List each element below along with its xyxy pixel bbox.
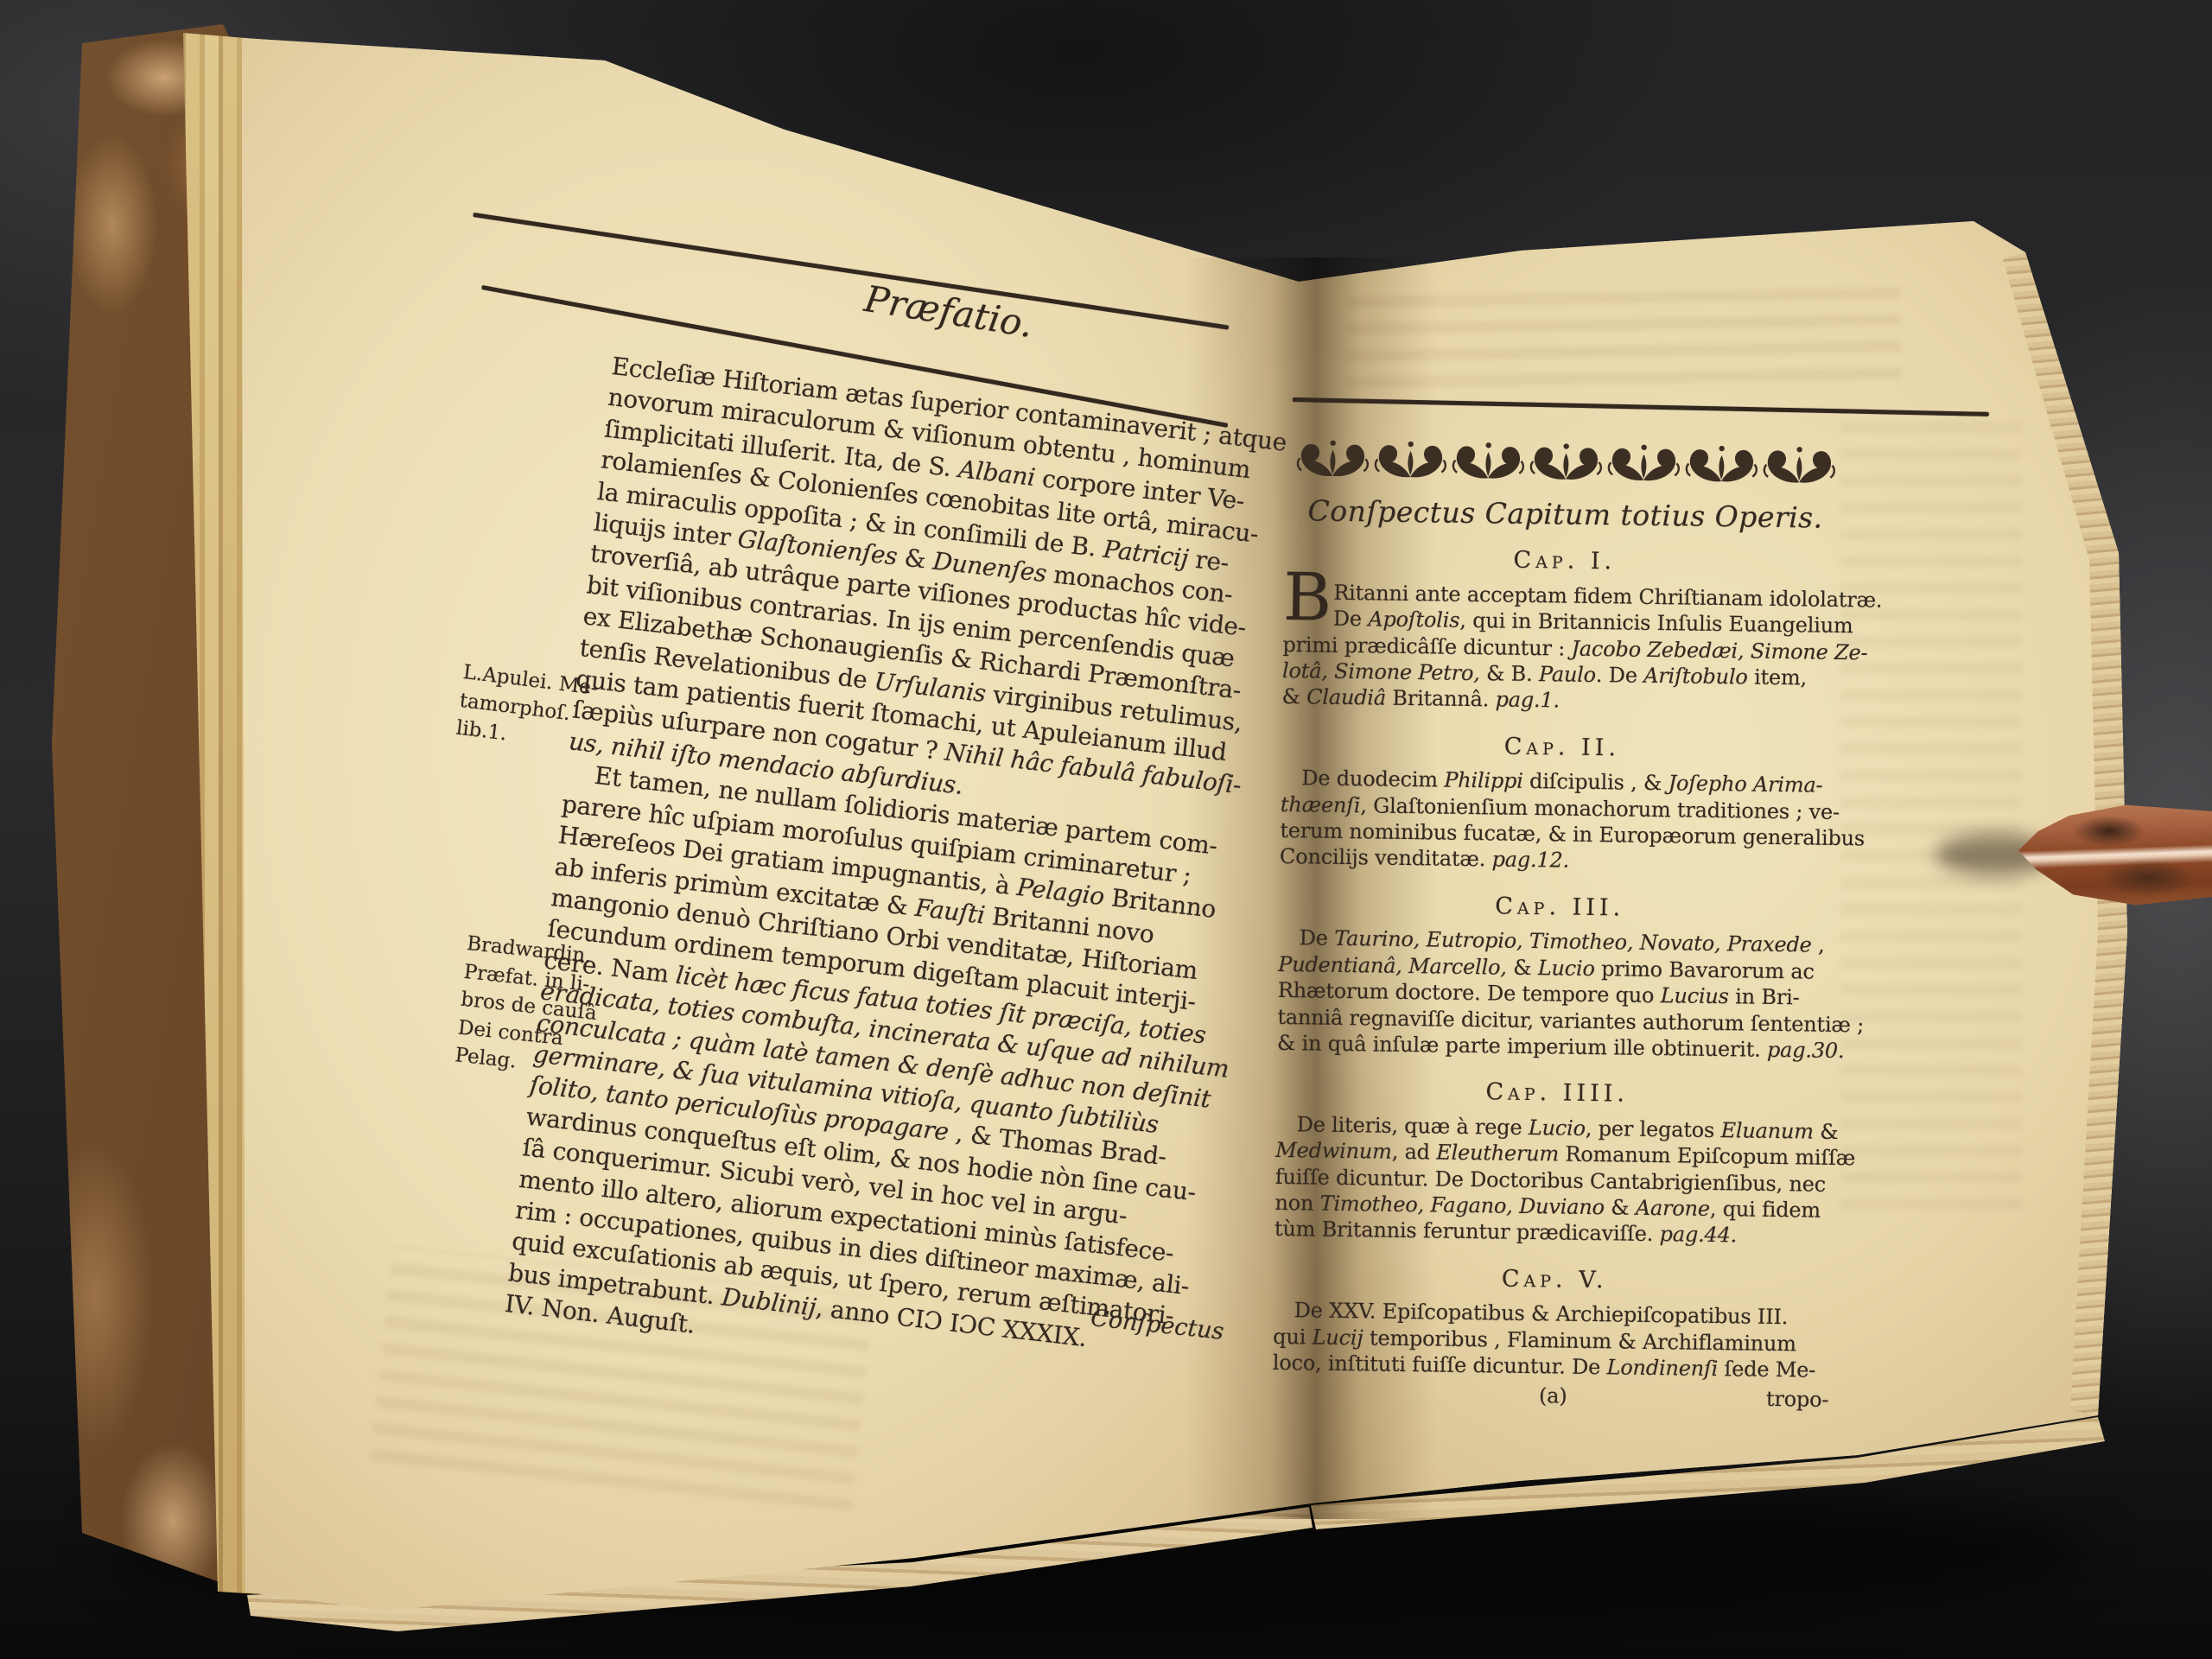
catchword: tropo- [1766, 1386, 1829, 1413]
conspectus-heading: Conſpectus Capitum totius Operis. [1284, 498, 1846, 531]
chapter-1-label: Cap. I. [1284, 544, 1846, 578]
preface-text-block: Eccleſiæ Hiſtoriam ætas ſuperior contami… [503, 351, 1262, 1394]
chapter-4-label: Cap. IIII. [1276, 1077, 1838, 1110]
drop-cap: B [1283, 569, 1332, 626]
fleuron-ornament-band [1294, 430, 1838, 488]
chapter-3: Cap. III. De Taurino, Eutropio, Timotheo… [1277, 891, 1841, 1064]
chapter-2: Cap. II. De duodecim Philippi diſcipulis… [1280, 731, 1843, 878]
chapter-4: Cap. IIII. De literis, quæ à rege Lucio,… [1274, 1077, 1839, 1249]
chapter-1: Cap. I. B Ritanni ante acceptam fidem Ch… [1281, 544, 1846, 717]
book-photo: Præfatio. L.Apulei. Me- tamorphoſ. lib.1… [0, 0, 2212, 1659]
chapter-5-label: Cap. V. [1274, 1263, 1835, 1297]
conspectus-text-block: Conſpectus Capitum totius Operis. Cap. I… [1272, 425, 1847, 1414]
show-through-text [1840, 415, 2022, 1210]
chapter-5: Cap. V. De XXV. Epiſcopatibus & Archiepi… [1273, 1263, 1836, 1384]
show-through-text [1347, 285, 1902, 388]
chapter-2-label: Cap. II. [1281, 731, 1843, 765]
chapter-3-label: Cap. III. [1279, 891, 1840, 925]
